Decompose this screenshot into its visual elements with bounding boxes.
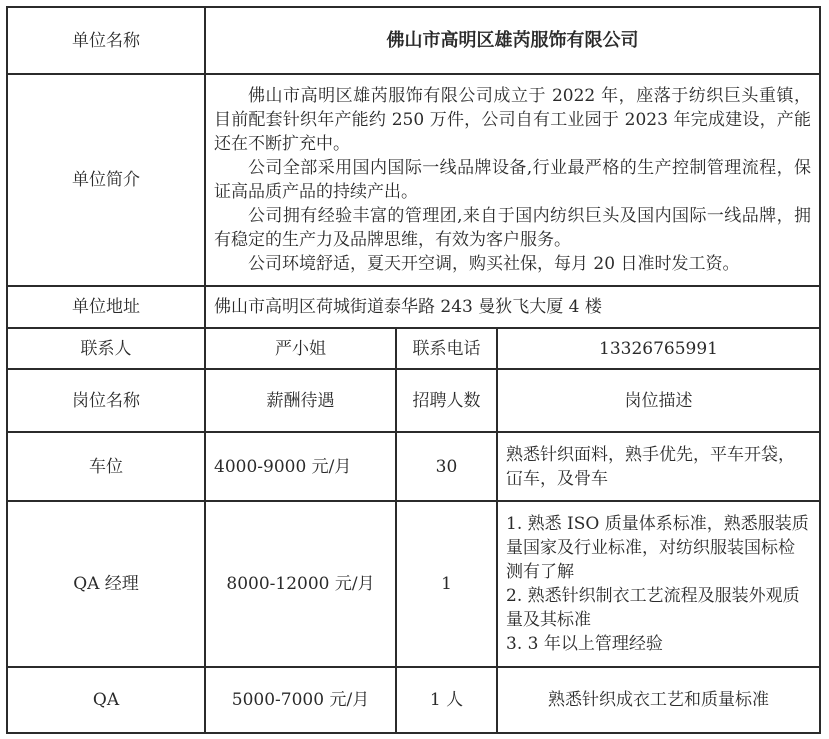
intro-paragraph: 公司拥有经验丰富的管理团,来自于国内纺织巨头及国内国际一线品牌，拥有稳定的生产力… [214, 204, 811, 252]
company-name-label: 单位名称 [7, 7, 205, 74]
description-line: 2. 熟悉针织制衣工艺流程及服装外观质量及其标准 [506, 584, 811, 632]
description-line: 1. 熟悉 ISO 质量体系标准，熟悉服装质量国家及行业标准，对纺织服装国标检测… [506, 512, 811, 584]
table-row: 车位 4000-9000 元/月 30 熟悉针织面料，熟手优先，平车开袋，冚车，… [7, 432, 820, 501]
company-address-row: 单位地址 佛山市高明区荷城街道泰华路 243 曼狄飞大厦 4 楼 [7, 286, 820, 328]
description-line: 熟悉针织成衣工艺和质量标准 [506, 688, 811, 712]
company-name-row: 单位名称 佛山市高明区雄芮服饰有限公司 [7, 7, 820, 74]
header-description: 岗位描述 [497, 369, 820, 432]
header-job-title: 岗位名称 [7, 369, 205, 432]
contact-label: 联系人 [7, 328, 205, 369]
jobs-header-row: 岗位名称 薪酬待遇 招聘人数 岗位描述 [7, 369, 820, 432]
intro-paragraph: 佛山市高明区雄芮服饰有限公司成立于 2022 年，座落于纺织巨头重镇，目前配套针… [214, 84, 811, 156]
job-description: 熟悉针织面料，熟手优先，平车开袋，冚车，及骨车 [497, 432, 820, 501]
job-salary: 8000-12000 元/月 [205, 501, 396, 667]
job-count: 30 [396, 432, 497, 501]
table-row: QA 5000-7000 元/月 1 人 熟悉针织成衣工艺和质量标准 [7, 667, 820, 733]
intro-paragraph: 公司全部采用国内国际一线品牌设备,行业最严格的生产控制管理流程，保证高品质产品的… [214, 156, 811, 204]
job-count: 1 [396, 501, 497, 667]
phone-label: 联系电话 [396, 328, 497, 369]
job-description: 熟悉针织成衣工艺和质量标准 [497, 667, 820, 733]
intro-paragraph: 公司环境舒适，夏天开空调，购买社保，每月 20 日准时发工资。 [214, 252, 811, 276]
phone-number: 13326765991 [497, 328, 820, 369]
company-address-label: 单位地址 [7, 286, 205, 328]
table-row: QA 经理 8000-12000 元/月 1 1. 熟悉 ISO 质量体系标准，… [7, 501, 820, 667]
job-count: 1 人 [396, 667, 497, 733]
job-title: 车位 [7, 432, 205, 501]
job-salary: 4000-9000 元/月 [205, 432, 396, 501]
job-title: QA 经理 [7, 501, 205, 667]
job-description: 1. 熟悉 ISO 质量体系标准，熟悉服装质量国家及行业标准，对纺织服装国标检测… [497, 501, 820, 667]
header-count: 招聘人数 [396, 369, 497, 432]
company-name: 佛山市高明区雄芮服饰有限公司 [205, 7, 820, 74]
description-line: 3. 3 年以上管理经验 [506, 632, 811, 656]
company-intro: 佛山市高明区雄芮服饰有限公司成立于 2022 年，座落于纺织巨头重镇，目前配套针… [205, 74, 820, 286]
company-intro-row: 单位简介 佛山市高明区雄芮服饰有限公司成立于 2022 年，座落于纺织巨头重镇，… [7, 74, 820, 286]
job-salary: 5000-7000 元/月 [205, 667, 396, 733]
description-line: 熟悉针织面料，熟手优先，平车开袋，冚车，及骨车 [506, 443, 811, 491]
job-title: QA [7, 667, 205, 733]
company-address: 佛山市高明区荷城街道泰华路 243 曼狄飞大厦 4 楼 [205, 286, 820, 328]
contact-name: 严小姐 [205, 328, 396, 369]
header-salary: 薪酬待遇 [205, 369, 396, 432]
contact-row: 联系人 严小姐 联系电话 13326765991 [7, 328, 820, 369]
company-intro-label: 单位简介 [7, 74, 205, 286]
recruitment-table: 单位名称 佛山市高明区雄芮服饰有限公司 单位简介 佛山市高明区雄芮服饰有限公司成… [6, 6, 821, 734]
